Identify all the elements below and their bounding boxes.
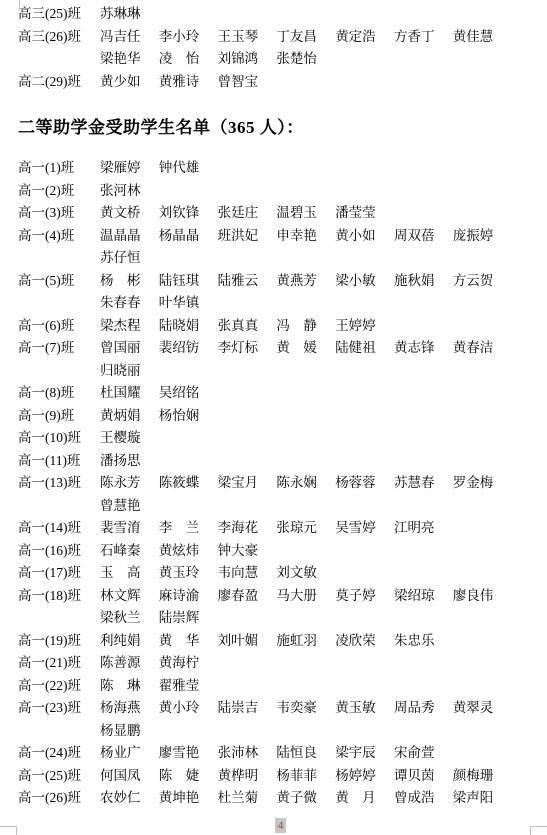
student-name-list: 杨 彬陆钰琪陆雅云黄燕芳梁小敏施秋娟方云贺朱春春叶华镇: [100, 270, 512, 315]
student-name: 黄炳娟: [100, 405, 159, 428]
student-name-list: 石峰秦黄炫炜钟大豪: [100, 540, 512, 563]
class-label: 高一(9)班: [18, 405, 100, 428]
student-name: 杨晶晶: [159, 225, 218, 248]
student-name-list: 何国凤陈 婕黄桦明杨菲菲杨婷婷谭贝茵颜梅珊: [100, 765, 512, 788]
student-name: 廖春盈: [218, 585, 277, 608]
student-name: 李小玲: [159, 26, 218, 49]
student-name-list: 杨业广廖雪艳张沛林陆恒良梁宇辰宋俞萱: [100, 742, 512, 765]
roster-row: 高一(24)班杨业广廖雪艳张沛林陆恒良梁宇辰宋俞萱: [18, 742, 547, 765]
roster-row: 高一(11)班潘扬思: [18, 450, 547, 473]
student-name-list: 黄炳娟杨怡娴: [100, 405, 512, 428]
student-name: 廖良伟: [453, 585, 512, 608]
student-name: 苏仔恒: [100, 247, 159, 270]
student-name: 方云贺: [453, 270, 512, 293]
student-name: 张楚怡: [276, 48, 335, 71]
class-label: 高一(24)班: [18, 742, 100, 765]
student-name: 吴绍铭: [159, 382, 218, 405]
student-name: 黄翠灵: [453, 697, 512, 720]
student-name: 黄志锋: [394, 337, 453, 360]
student-name-list: 曾国丽裴绍钫李灯标黄 媛陆健祖黄志锋黄春洁归晓丽: [100, 337, 512, 382]
roster-row: 高一(7)班曾国丽裴绍钫李灯标黄 媛陆健祖黄志锋黄春洁归晓丽: [18, 337, 547, 382]
student-name: 施秋娟: [394, 270, 453, 293]
student-name: 黄炫炜: [159, 540, 218, 563]
student-name: 温晶晶: [100, 225, 159, 248]
roster-row: 高一(25)班何国凤陈 婕黄桦明杨菲菲杨婷婷谭贝茵颜梅珊: [18, 765, 547, 788]
class-label: 高一(8)班: [18, 382, 100, 405]
student-name: 梁宝月: [218, 472, 277, 495]
student-name: 叶华镇: [159, 292, 218, 315]
student-name: 陈善源: [100, 652, 159, 675]
student-name: 马大册: [276, 585, 335, 608]
student-name: 张河林: [100, 180, 159, 203]
roster-row: 高一(9)班黄炳娟杨怡娴: [18, 405, 547, 428]
student-name: 杨蓉蓉: [335, 472, 394, 495]
roster-row: 高一(3)班黄文桥刘钦锋张廷庄温碧玉潘莹莹: [18, 202, 547, 225]
student-name: 颜梅珊: [453, 765, 512, 788]
student-name: 朱忠乐: [394, 630, 453, 653]
class-label: 高一(3)班: [18, 202, 100, 225]
student-name: 韦向慧: [218, 562, 277, 585]
student-name: 陆崇吉: [218, 697, 277, 720]
class-label: 高一(16)班: [18, 540, 100, 563]
student-name: 杨 彬: [100, 270, 159, 293]
roster-row: 高一(19)班利纯娟黄 华刘叶媚施虹羽凌欣荣朱忠乐: [18, 630, 547, 653]
student-name: 李海花: [218, 517, 277, 540]
student-name: 宋俞萱: [394, 742, 453, 765]
student-name: 裴雪淯: [100, 517, 159, 540]
roster-row: 高一(13)班陈永芳陈筱蝶梁宝月陈永娴杨蓉蓉苏慧春罗金梅曾慧艳: [18, 472, 547, 517]
student-name-list: 黄文桥刘钦锋张廷庄温碧玉潘莹莹: [100, 202, 512, 225]
student-name: 利纯娟: [100, 630, 159, 653]
class-label: 高一(7)班: [18, 337, 100, 360]
student-name: 黄 媛: [276, 337, 335, 360]
student-name: 王玉琴: [218, 26, 277, 49]
class-label: 高三(25)班: [18, 3, 100, 26]
class-label: 高一(10)班: [18, 427, 100, 450]
student-name: 林文辉: [100, 585, 159, 608]
roster-section-grade1: 高一(1)班梁雁婷钟代雄高一(2)班张河林高一(3)班黄文桥刘钦锋张廷庄温碧玉潘…: [18, 157, 547, 810]
page-corner-mark-top-left: [19, 0, 20, 10]
class-label: 高一(21)班: [18, 652, 100, 675]
student-name: 陈筱蝶: [159, 472, 218, 495]
roster-row: 高三(26)班冯吉任李小玲王玉琴丁友昌黄定浩方香丁黄佳慧梁艳华凌 怡刘锦鸿张楚怡: [18, 26, 547, 71]
student-name: 黄燕芳: [276, 270, 335, 293]
student-name-list: 王樱璇: [100, 427, 512, 450]
student-name: 曾智宝: [218, 71, 277, 94]
student-name: 温碧玉: [276, 202, 335, 225]
roster-row: 高一(23)班杨海燕黄小玲陆崇吉韦奕豪黄玉敏周品秀黄翠灵杨显鹏: [18, 697, 547, 742]
class-label: 高一(25)班: [18, 765, 100, 788]
student-name: 杨显鹏: [100, 720, 159, 743]
student-name: 陈 婕: [159, 765, 218, 788]
student-name: 黄玉玲: [159, 562, 218, 585]
student-name: 莫子婷: [335, 585, 394, 608]
roster-section-grade3: 高三(25)班苏琳琳高三(26)班冯吉任李小玲王玉琴丁友昌黄定浩方香丁黄佳慧梁艳…: [18, 3, 547, 93]
student-name: 黄文桥: [100, 202, 159, 225]
student-name: 黄 华: [159, 630, 218, 653]
student-name: 翟雅莹: [159, 675, 218, 698]
student-name-list: 农妙仁黄坤艳杜兰菊黄子微黄 月曾成浩梁声阳: [100, 787, 512, 810]
student-name: 周双蓓: [394, 225, 453, 248]
student-name: 黄小如: [335, 225, 394, 248]
class-label: 高一(23)班: [18, 697, 100, 720]
class-label: 高一(1)班: [18, 157, 100, 180]
student-name: 曾国丽: [100, 337, 159, 360]
student-name: 黄坤艳: [159, 787, 218, 810]
student-name: 麻诗渝: [159, 585, 218, 608]
student-name: 苏琳琳: [100, 3, 159, 26]
student-name: 陆恒良: [276, 742, 335, 765]
student-name: 梁宇辰: [335, 742, 394, 765]
student-name: 张沛林: [218, 742, 277, 765]
roster-row: 高一(18)班林文辉麻诗渝廖春盈马大册莫子婷梁绍琼廖良伟梁秋兰陆崇辉: [18, 585, 547, 630]
student-name: 廖雪艳: [159, 742, 218, 765]
class-label: 高一(22)班: [18, 675, 100, 698]
student-name: 谭贝茵: [394, 765, 453, 788]
student-name-list: 林文辉麻诗渝廖春盈马大册莫子婷梁绍琼廖良伟梁秋兰陆崇辉: [100, 585, 512, 630]
student-name-list: 陈 琳翟雅莹: [100, 675, 512, 698]
student-name-list: 杨海燕黄小玲陆崇吉韦奕豪黄玉敏周品秀黄翠灵杨显鹏: [100, 697, 512, 742]
student-name-list: 利纯娟黄 华刘叶媚施虹羽凌欣荣朱忠乐: [100, 630, 512, 653]
class-label: 高一(5)班: [18, 270, 100, 293]
student-name: 韦奕豪: [276, 697, 335, 720]
document-page: 高三(25)班苏琳琳高三(26)班冯吉任李小玲王玉琴丁友昌黄定浩方香丁黄佳慧梁艳…: [0, 0, 547, 835]
class-label: 高一(6)班: [18, 315, 100, 338]
roster-row: 高一(8)班杜国耀吴绍铭: [18, 382, 547, 405]
student-name: 杨怡娴: [159, 405, 218, 428]
student-name: 刘锦鸿: [218, 48, 277, 71]
student-name: 方香丁: [394, 26, 453, 49]
student-name-list: 梁雁婷钟代雄: [100, 157, 512, 180]
student-name: 冯 静: [276, 315, 335, 338]
roster-row: 高三(25)班苏琳琳: [18, 3, 547, 26]
student-name: 黄 月: [335, 787, 394, 810]
student-name: 黄玉敏: [335, 697, 394, 720]
roster-row: 高一(4)班温晶晶杨晶晶班洪妃申幸艳黄小如周双蓓庞振婷苏仔恒: [18, 225, 547, 270]
roster-row: 高一(2)班张河林: [18, 180, 547, 203]
class-label: 高一(14)班: [18, 517, 100, 540]
student-name: 凌 怡: [159, 48, 218, 71]
student-name: 钟代雄: [159, 157, 218, 180]
student-name: 周品秀: [394, 697, 453, 720]
student-name: 王樱璇: [100, 427, 159, 450]
student-name: 杜国耀: [100, 382, 159, 405]
student-name: 梁声阳: [453, 787, 512, 810]
roster-row: 高一(10)班王樱璇: [18, 427, 547, 450]
student-name-list: 苏琳琳: [100, 3, 512, 26]
student-name: 罗金梅: [453, 472, 512, 495]
class-label: 高一(2)班: [18, 180, 100, 203]
student-name: 申幸艳: [276, 225, 335, 248]
student-name: 黄桦明: [218, 765, 277, 788]
roster-row: 高一(5)班杨 彬陆钰琪陆雅云黄燕芳梁小敏施秋娟方云贺朱春春叶华镇: [18, 270, 547, 315]
page-number: 4: [275, 818, 286, 833]
student-name: 苏慧春: [394, 472, 453, 495]
student-name: 梁艳华: [100, 48, 159, 71]
student-name: 李灯标: [218, 337, 277, 360]
student-name: 黄佳慧: [453, 26, 512, 49]
roster-row: 高一(17)班玉 高黄玉玲韦向慧刘文敏: [18, 562, 547, 585]
student-name: 刘文敏: [276, 562, 335, 585]
roster-row: 高一(22)班陈 琳翟雅莹: [18, 675, 547, 698]
section-heading: 二等助学金受助学生名单（365 人）：: [18, 117, 547, 139]
student-name: 刘钦锋: [159, 202, 218, 225]
roster-row: 高一(1)班梁雁婷钟代雄: [18, 157, 547, 180]
student-name: 李 兰: [159, 517, 218, 540]
page-corner-mark-bottom-right: [530, 826, 547, 835]
student-name: 潘莹莹: [335, 202, 394, 225]
student-name: 杨菲菲: [276, 765, 335, 788]
student-name: 黄春洁: [453, 337, 512, 360]
student-name-list: 陈善源黄海柠: [100, 652, 512, 675]
student-name: 黄子微: [276, 787, 335, 810]
class-label: 高一(13)班: [18, 472, 100, 495]
student-name: 陆健祖: [335, 337, 394, 360]
student-name: 农妙仁: [100, 787, 159, 810]
student-name: 黄少如: [100, 71, 159, 94]
roster-row: 高一(21)班陈善源黄海柠: [18, 652, 547, 675]
student-name: 杨海燕: [100, 697, 159, 720]
student-name: 陈 琳: [100, 675, 159, 698]
class-label: 高三(26)班: [18, 26, 100, 49]
roster-row: 高一(16)班石峰秦黄炫炜钟大豪: [18, 540, 547, 563]
roster-row: 高一(6)班梁杰程陆晓娟张真真冯 静王婷婷: [18, 315, 547, 338]
student-name: 杜兰菊: [218, 787, 277, 810]
class-label: 高一(4)班: [18, 225, 100, 248]
student-name: 何国凤: [100, 765, 159, 788]
student-name: 陆崇辉: [159, 607, 218, 630]
student-name: 陆雅云: [218, 270, 277, 293]
student-name-list: 裴雪淯李 兰李海花张琼元吴雪婷江明亮: [100, 517, 512, 540]
student-name: 黄小玲: [159, 697, 218, 720]
student-name: 施虹羽: [276, 630, 335, 653]
student-name: 梁小敏: [335, 270, 394, 293]
student-name: 曾成浩: [394, 787, 453, 810]
student-name: 王婷婷: [335, 315, 394, 338]
student-name: 凌欣荣: [335, 630, 394, 653]
student-name-list: 潘扬思: [100, 450, 512, 473]
student-name: 钟大豪: [218, 540, 277, 563]
student-name-list: 杜国耀吴绍铭: [100, 382, 512, 405]
roster-row: 高二(29)班黄少如黄雅诗曾智宝: [18, 71, 547, 94]
student-name-list: 张河林: [100, 180, 512, 203]
student-name: 陆晓娟: [159, 315, 218, 338]
student-name: 裴绍钫: [159, 337, 218, 360]
student-name: 朱春春: [100, 292, 159, 315]
student-name: 刘叶媚: [218, 630, 277, 653]
class-label: 高一(18)班: [18, 585, 100, 608]
student-name: 归晓丽: [100, 360, 159, 383]
student-name: 张琼元: [276, 517, 335, 540]
student-name-list: 玉 高黄玉玲韦向慧刘文敏: [100, 562, 512, 585]
student-name: 梁绍琼: [394, 585, 453, 608]
page-corner-mark-bottom-left: [0, 826, 17, 835]
student-name: 梁杰程: [100, 315, 159, 338]
student-name: 黄雅诗: [159, 71, 218, 94]
class-label: 高一(26)班: [18, 787, 100, 810]
student-name: 吴雪婷: [335, 517, 394, 540]
student-name: 庞振婷: [453, 225, 512, 248]
student-name-list: 冯吉任李小玲王玉琴丁友昌黄定浩方香丁黄佳慧梁艳华凌 怡刘锦鸿张楚怡: [100, 26, 512, 71]
roster-row: 高一(14)班裴雪淯李 兰李海花张琼元吴雪婷江明亮: [18, 517, 547, 540]
student-name: 梁雁婷: [100, 157, 159, 180]
student-name-list: 温晶晶杨晶晶班洪妃申幸艳黄小如周双蓓庞振婷苏仔恒: [100, 225, 512, 270]
student-name: 冯吉任: [100, 26, 159, 49]
student-name: 杨婷婷: [335, 765, 394, 788]
student-name: 潘扬思: [100, 450, 159, 473]
class-label: 高一(17)班: [18, 562, 100, 585]
student-name: 石峰秦: [100, 540, 159, 563]
student-name: 陆钰琪: [159, 270, 218, 293]
student-name: 黄海柠: [159, 652, 218, 675]
student-name: 班洪妃: [218, 225, 277, 248]
student-name: 江明亮: [394, 517, 453, 540]
student-name: 梁秋兰: [100, 607, 159, 630]
student-name: 玉 高: [100, 562, 159, 585]
student-name-list: 梁杰程陆晓娟张真真冯 静王婷婷: [100, 315, 512, 338]
student-name: 曾慧艳: [100, 495, 159, 518]
student-name-list: 黄少如黄雅诗曾智宝: [100, 71, 512, 94]
class-label: 高二(29)班: [18, 71, 100, 94]
roster-row: 高一(26)班农妙仁黄坤艳杜兰菊黄子微黄 月曾成浩梁声阳: [18, 787, 547, 810]
student-name: 丁友昌: [276, 26, 335, 49]
class-label: 高一(11)班: [18, 450, 100, 473]
student-name: 张廷庄: [218, 202, 277, 225]
student-name: 张真真: [218, 315, 277, 338]
student-name: 杨业广: [100, 742, 159, 765]
student-name-list: 陈永芳陈筱蝶梁宝月陈永娴杨蓉蓉苏慧春罗金梅曾慧艳: [100, 472, 512, 517]
student-name: 黄定浩: [335, 26, 394, 49]
student-name: 陈永芳: [100, 472, 159, 495]
student-name: 陈永娴: [276, 472, 335, 495]
class-label: 高一(19)班: [18, 630, 100, 653]
